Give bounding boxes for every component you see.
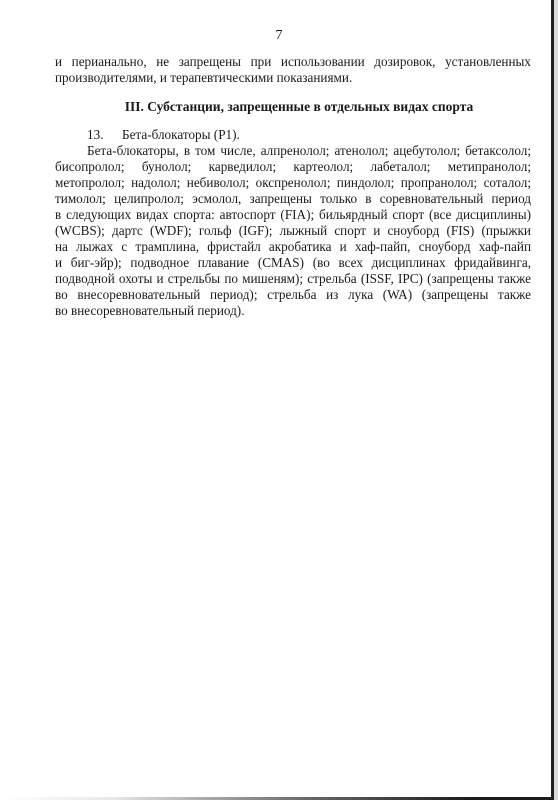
paragraph-line: в следующих видах спорта: автоспорт (FIA… (55, 207, 531, 223)
paragraph-line: производителями, и терапевтическими пока… (55, 70, 531, 86)
paragraph-line: на лыжах с трамплина, фристайл акробатик… (55, 239, 531, 255)
paragraph-line: и биг-эйр); подводное плавание (CMAS) (в… (55, 255, 531, 271)
paragraph-line: метопролол; надолол; небиволол; окспрено… (55, 175, 531, 191)
paragraph-line: Бета-блокаторы, в том числе, алпренолол;… (55, 143, 531, 159)
paragraph-line: подводной охоты и стрельбы по мишеням); … (55, 271, 531, 287)
item-body-paragraph: Бета-блокаторы, в том числе, алпренолол;… (55, 143, 531, 319)
paragraph-line: тимолол; целипролол; эсмолол, запрещены … (55, 191, 531, 207)
page-margin-strip (554, 0, 558, 800)
item-title-row: 13.Бета-блокаторы (P1). (87, 127, 240, 143)
section-heading: III. Субстанции, запрещенные в отдельных… (0, 99, 558, 115)
paragraph-line: и перианально, не запрещены при использо… (55, 54, 531, 70)
paragraph-line: бисопролол; бунолол; карведилол; картеол… (55, 159, 531, 175)
page-number: 7 (0, 28, 558, 44)
document-page: 7 и перианально, не запрещены при исполь… (0, 0, 553, 797)
paragraph-line: во внесоревновательный период). (55, 303, 531, 319)
paragraph-line: (WCBS); дартс (WDF); гольф (IGF); лыжный… (55, 223, 531, 239)
item-title: Бета-блокаторы (P1). (122, 127, 240, 142)
item-number: 13. (87, 127, 122, 143)
continuation-paragraph: и перианально, не запрещены при использо… (55, 54, 531, 86)
paragraph-line: во внесоревновательный период); стрельба… (55, 287, 531, 303)
